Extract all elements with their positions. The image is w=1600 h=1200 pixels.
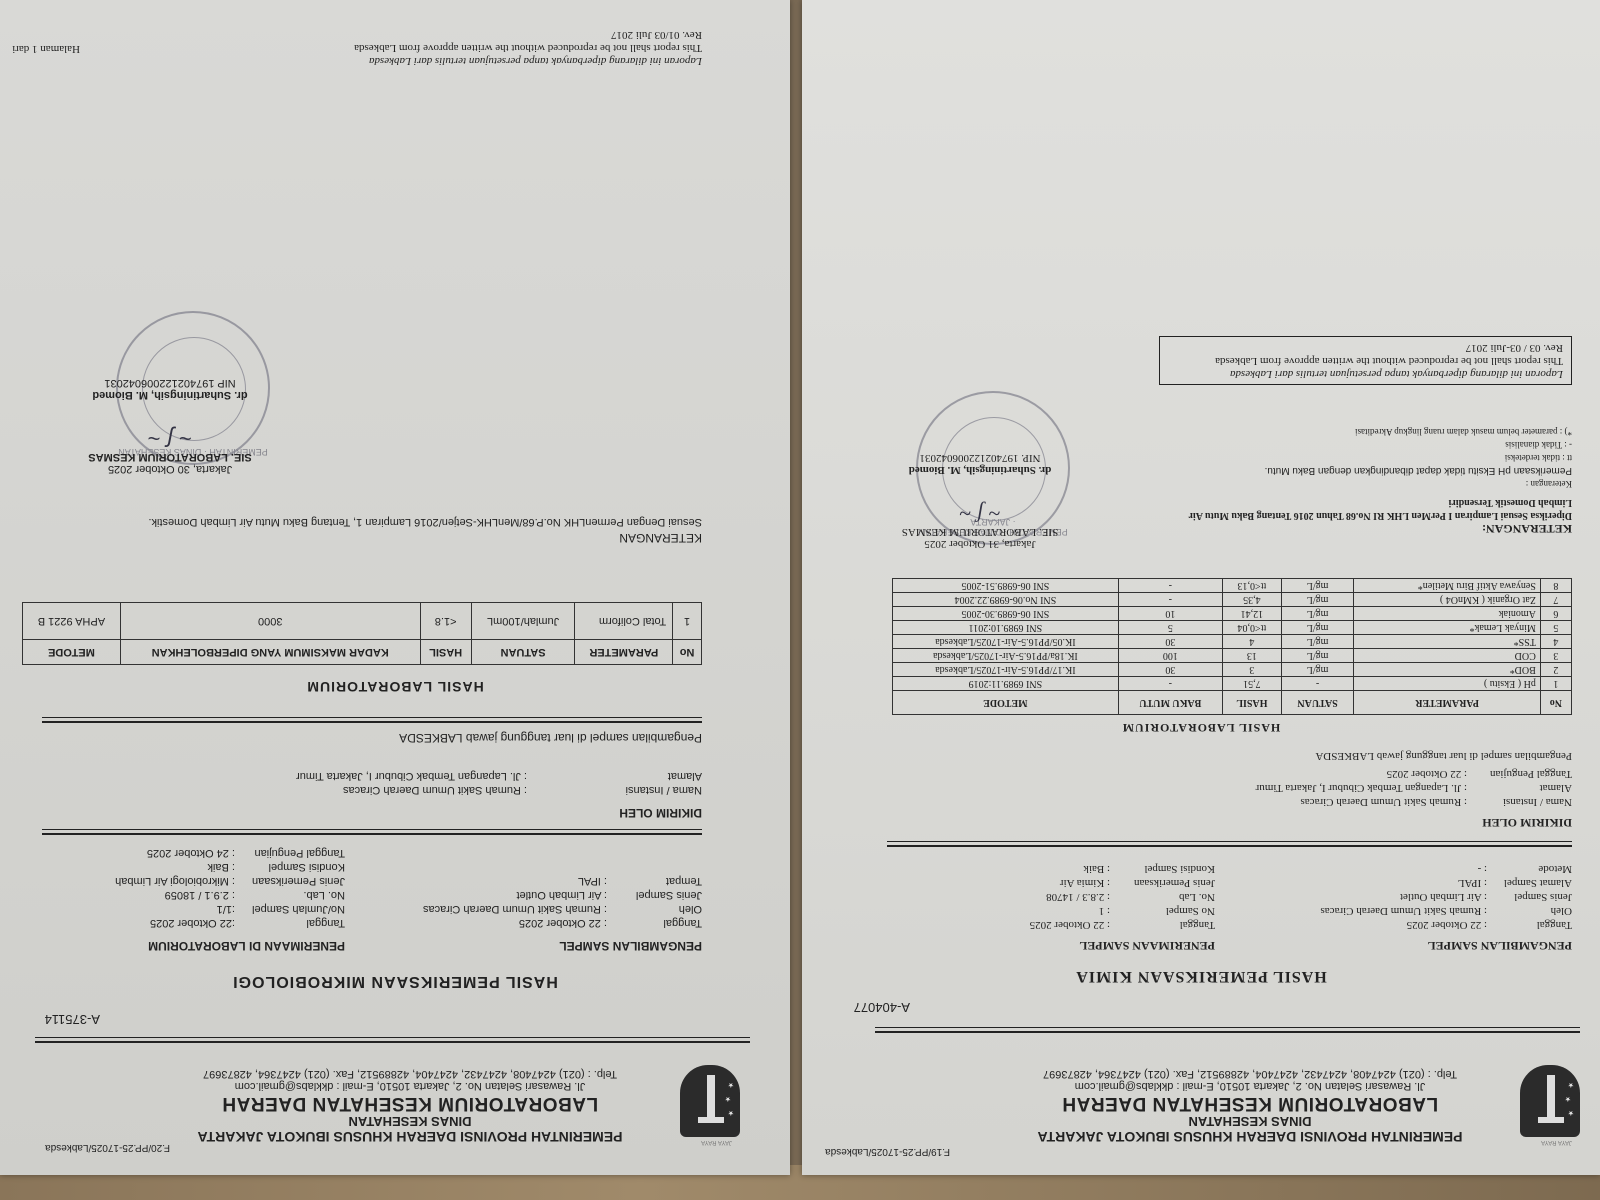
sampling-disclaimer: Pengambilan sampel di luar tanggung jawa… [399, 731, 702, 745]
notes-regulation: Diperiksa Sesuai Lampiran I PerMen LHK R… [1189, 509, 1572, 522]
sampling-details: Tanggal: 22 Oktober 2025Oleh: Rumah Saki… [1321, 862, 1573, 932]
table-cell: IK.18a/PP16.5-Air-17025/Labkesda [893, 649, 1119, 663]
table-cell: IK.05/PP16.5-Air-17025/Labkesda [893, 635, 1119, 649]
signatory-name: dr. Suhartiningsih, M. Biomed [860, 464, 1100, 476]
table-cell: 10 [1118, 607, 1222, 621]
detail-label: Jenis Pemeriksaan [1110, 876, 1215, 890]
detail-row: Alamat Sampel: IPAL [1321, 876, 1573, 890]
footer-revision: Rev. 01/03 Juli 2017 [354, 28, 702, 41]
table-cell: 30 [1118, 663, 1222, 677]
detail-row: Alamat: Jl. Lapangan Tembak Cibubur I, J… [296, 769, 702, 783]
detail-value: : 22 Oktober 2025 [519, 917, 607, 929]
detail-value: : 22 Oktober 2025 [1387, 768, 1467, 780]
table-row: 2BOD*mg/L330IK.17/PP16.5-Air-17025/Labke… [893, 663, 1572, 677]
detail-row: Kondisi Sampel: Baik [115, 860, 345, 874]
letterhead-department: DINAS KESEHATAN [150, 1114, 670, 1129]
table-row: 5Minyak Lemak*mg/Ltt<0,045SNI 6989.10:20… [893, 621, 1572, 635]
detail-value: : 1 [1099, 905, 1110, 917]
table-cell: mg/L [1281, 621, 1354, 635]
detail-label: Tanggal [235, 916, 345, 930]
report-title: HASIL PEMERIKSAAN MIKROBIOLOGI [0, 972, 790, 990]
table-cell: 5 [1540, 621, 1571, 635]
table-cell: 3000 [120, 603, 420, 640]
table-cell: 3 [1222, 663, 1281, 677]
table-cell: 4 [1222, 635, 1281, 649]
table-cell: mg/L [1281, 593, 1354, 607]
detail-row: Tanggal Pengujian: 22 Oktober 2025 [1256, 767, 1572, 781]
detail-value: : Air Limbah Outlet [517, 889, 608, 901]
column-header: METODE [23, 640, 121, 665]
notes-block: KETERANGAN: Diperiksa Sesuai Lampiran I … [1189, 425, 1572, 535]
table-row: 4TSS*mg/L430IK.05/PP16.5-Air-17025/Labke… [893, 635, 1572, 649]
detail-value: : IPAL [1458, 877, 1487, 889]
table-cell: mg/L [1281, 635, 1354, 649]
detail-label: Jenis Sampel [607, 888, 702, 902]
detail-label: Metode [1487, 862, 1572, 876]
results-table: NoPARAMETERSATUANHASILBAKU MUTUMETODE1pH… [892, 578, 1572, 715]
table-row: 3CODmg/L13100IK.18a/PP16.5-Air-17025/Lab… [893, 649, 1572, 663]
letterhead-government: PEMERINTAH PROVINSI DAERAH KHUSUS IBUKOT… [150, 1129, 670, 1145]
notes-text: Sesuai Dengan PermenLHK No.P.68/MenLHK-S… [148, 515, 702, 528]
table-cell: SNI 06-6989.30-2005 [893, 607, 1119, 621]
table-cell: 7,51 [1222, 677, 1281, 691]
letterhead: PEMERINTAH PROVINSI DAERAH KHUSUS IBUKOT… [990, 1068, 1510, 1145]
note-tt: tt : tidak terdeteksi [1189, 451, 1572, 464]
column-header: SATUAN [471, 640, 575, 665]
detail-value: : 22 Oktober 2025 [1030, 919, 1110, 931]
detail-value: : 24 Oktober 2025 [147, 847, 235, 859]
detail-row: Jenis Sampel: Air Limbah Outlet [1321, 890, 1573, 904]
table-cell: mg/L [1281, 663, 1354, 677]
column-header: PARAMETER [575, 640, 673, 665]
table-cell: Amoniak [1354, 607, 1541, 621]
footer-disclaimer: Laporan ini dilarang diperbanyak tanpa p… [1159, 336, 1572, 385]
jakarta-coat-of-arms-icon: ★★★ [680, 1065, 740, 1137]
signature-block: Jakarta, 30 Oktober 2025 SIE. LABORATORI… [50, 377, 290, 475]
detail-label: Oleh [607, 902, 702, 916]
document-number: A-404077 [854, 1000, 910, 1015]
detail-value: : Air Limbah Outlet [1400, 891, 1487, 903]
detail-label: No Sampel [1110, 904, 1215, 918]
detail-row: Tanggal:22 Oktober 2025 [115, 916, 345, 930]
detail-label: Tanggal Pengujian [1467, 767, 1572, 781]
detail-label: No. Lab [1110, 890, 1215, 904]
jakarta-coat-of-arms-icon: ★★★ [1520, 1065, 1580, 1137]
table-cell: IK.17/PP16.5-Air-17025/Labkesda [893, 663, 1119, 677]
note-accreditation: *) : parameter belum masuk dalam ruang l… [1189, 425, 1572, 438]
table-cell: mg/L [1281, 607, 1354, 621]
letterhead-address: Jl. Rawasari Selatan No. 2, Jakarta 1051… [150, 1080, 670, 1092]
letterhead: PEMERINTAH PROVINSI DAERAH KHUSUS IBUKOT… [150, 1068, 670, 1145]
table-cell: COD [1354, 649, 1541, 663]
table-cell: Zat Organik ( KMnO4 ) [1354, 593, 1541, 607]
detail-row: Oleh: Rumah Sakit Umum Daerah Ciracas [423, 902, 702, 916]
table-cell: 1 [1540, 677, 1571, 691]
table-cell: 13 [1222, 649, 1281, 663]
table-cell: Jumlah/100mL [471, 603, 575, 640]
table-cell: pH ( Eksitu ) [1354, 677, 1541, 691]
results-table: NoPARAMETERSATUANHASILKADAR MAKSIMUM YAN… [22, 602, 702, 665]
microbiology-report-page: F.20/PP.25-17025/Labkesda ★★★ JAYA RAYA … [0, 0, 790, 1175]
notes-regulation-cont: Limbah Domestik Tersendiri [1189, 496, 1572, 509]
table-cell: SNI 06-6989.51-2005 [893, 579, 1119, 593]
detail-label: Kondisi Sampel [1110, 862, 1215, 876]
column-header: HASIL [1222, 691, 1281, 715]
detail-label: No/Jumlah Sampel [235, 902, 345, 916]
detail-row: Alamat: Jl. Lapangan Tembak Cibubur I, J… [1256, 781, 1572, 795]
table-row: 6Amoniakmg/L12,4110SNI 06-6989.30-2005 [893, 607, 1572, 621]
results-title: HASIL LABORATORIUM [0, 679, 790, 695]
detail-label: Tanggal [1487, 918, 1572, 932]
note-ph: Pemeriksaan pH Eksitu tidak dapat diband… [1189, 464, 1572, 477]
report-title: HASIL PEMERIKSAAN KIMIA [802, 967, 1600, 985]
detail-label: Nama / Instansi [1467, 795, 1572, 809]
column-header: KADAR MAKSIMUM YANG DIPERBOLEHKAN [120, 640, 420, 665]
detail-row: Oleh: Rumah Sakit Umum Daerah Ciracas [1321, 904, 1573, 918]
signature-block: Jakarta, 31 Oktober 2025 SIE. LABORATORI… [860, 452, 1100, 550]
detail-label: No. Lab. [235, 888, 345, 902]
detail-value: : Rumah Sakit Umum Daerah Ciracas [343, 784, 527, 796]
detail-value: : Mikrobiologi Air Limbah [115, 875, 235, 887]
signatory-name: dr. Suhartiningsih, M. Biomed [50, 389, 290, 401]
notes-subheading: Keterangan : [1189, 477, 1572, 490]
sender-details: Nama / Instansi: Rumah Sakit Umum Daerah… [1256, 767, 1572, 809]
footer-disclaimer: Laporan ini dilarang diperbanyak tanpa p… [354, 28, 702, 67]
detail-label: Tempat [607, 874, 702, 888]
table-cell: 4 [1540, 635, 1571, 649]
detail-label: Tanggal [607, 916, 702, 930]
table-row: 7Zat Organik ( KMnO4 )mg/L4,35-SNI No.06… [893, 593, 1572, 607]
table-cell: - [1118, 677, 1222, 691]
detail-label: Tanggal Pengujian [235, 846, 345, 860]
detail-value: : Rumah Sakit Umum Daerah Ciracas [423, 903, 607, 915]
detail-row: Tanggal: 22 Oktober 2025 [1030, 918, 1215, 932]
detail-value: : Kimia Air [1060, 877, 1110, 889]
table-cell: <1.8 [420, 603, 471, 640]
detail-row: Nama / Instansi: Rumah Sakit Umum Daerah… [296, 783, 702, 797]
letterhead-department: DINAS KESEHATAN [990, 1114, 1510, 1129]
footer-line-en: This report shall not be reproduced with… [354, 41, 702, 54]
signatory-nip: NIP 197402122006042031 [50, 377, 290, 389]
detail-value: : Jl. Lapangan Tembak Cibubur I, Jakarta… [1256, 782, 1467, 794]
detail-value: : IPAL [578, 875, 607, 887]
detail-row: Nama / Instansi: Rumah Sakit Umum Daerah… [1256, 795, 1572, 809]
section-divider [887, 841, 1572, 847]
receipt-details: Tanggal:22 Oktober 2025No/Jumlah Sampel:… [115, 846, 345, 930]
results-title: HASIL LABORATORIUM [802, 720, 1600, 735]
detail-row: No Sampel: 1 [1030, 904, 1215, 918]
letterhead-address: Jl. Rawasari Selatan No. 2, Jakarta 1051… [990, 1080, 1510, 1092]
detail-label: Alamat [1467, 781, 1572, 795]
section-divider [42, 717, 702, 723]
detail-value: : 2.9.1 / 18059 [165, 889, 235, 901]
header-divider [875, 1027, 1580, 1033]
column-header: No [673, 640, 702, 665]
detail-label: Nama / Instansi [527, 783, 702, 797]
detail-row: Jenis Pemeriksaan: Kimia Air [1030, 876, 1215, 890]
table-cell: 7 [1540, 593, 1571, 607]
table-cell: tt<0,04 [1222, 621, 1281, 635]
detail-value: : 2.8.3 / 14708 [1046, 891, 1110, 903]
header-divider [35, 1037, 750, 1043]
signature-date: Jakarta, 30 Oktober 2025 [50, 463, 290, 475]
detail-row: No. Lab.: 2.9.1 / 18059 [115, 888, 345, 902]
sampling-heading: PENGAMBILAN SAMPEL [559, 939, 702, 953]
table-cell: APHA 9221 B [23, 603, 121, 640]
table-cell: 6 [1540, 607, 1571, 621]
receipt-heading: PENERIMAAN SAMPEL [1079, 938, 1215, 953]
column-header: No [1540, 691, 1571, 715]
detail-row: Jenis Sampel: Air Limbah Outlet [423, 888, 702, 902]
table-cell: 100 [1118, 649, 1222, 663]
footer-line-id: Laporan ini dilarang diperbanyak tanpa p… [354, 54, 702, 67]
detail-label: Alamat Sampel [1487, 876, 1572, 890]
page-number: Halaman 1 dari [12, 42, 80, 55]
sender-details: Nama / Instansi: Rumah Sakit Umum Daerah… [296, 769, 702, 797]
column-header: HASIL [420, 640, 471, 665]
signature-date: Jakarta, 31 Oktober 2025 [860, 538, 1100, 550]
table-cell: TSS* [1354, 635, 1541, 649]
table-cell: mg/L [1281, 649, 1354, 663]
letterhead-phone: Telp. : (021) 4247408, 4247432, 4247404,… [150, 1068, 670, 1080]
section-divider [42, 829, 702, 835]
table-cell: Total Coliform [575, 603, 673, 640]
signature-position: SIE. LABORATORIUM KESMAS [50, 451, 290, 463]
table-row: 1pH ( Eksitu )-7,51-SNI 6989.11:2019 [893, 677, 1572, 691]
table-cell: - [1118, 593, 1222, 607]
form-code: F.19/PP.25-17025/Labkesda [825, 1146, 950, 1157]
detail-row: Metode: - [1321, 862, 1573, 876]
footer-line-id: Laporan ini dilarang diperbanyak tanpa p… [1168, 367, 1563, 380]
table-cell: Minyak Lemak* [1354, 621, 1541, 635]
detail-row: No/Jumlah Sampel:1/1 [115, 902, 345, 916]
column-header: PARAMETER [1354, 691, 1541, 715]
chemistry-report-page: F.19/PP.25-17025/Labkesda ★★★ JAYA RAYA … [802, 0, 1600, 1175]
detail-label: Kondisi Sampel [235, 860, 345, 874]
sender-heading: DIKIRIM OLEH [1482, 815, 1572, 830]
letterhead-lab-name: LABORATORIUM KESEHATAN DAERAH [990, 1092, 1510, 1114]
footer-line-en: This report shall not be reproduced with… [1168, 354, 1563, 367]
detail-value: : Rumah Sakit Umum Daerah Ciracas [1301, 796, 1468, 808]
detail-value: : Baik [1083, 863, 1110, 875]
signatory-nip: NIP. 197402122006042031 [860, 452, 1100, 464]
detail-row: Kondisi Sampel: Baik [1030, 862, 1215, 876]
logo-caption: JAYA RAYA [1541, 1139, 1572, 1145]
table-cell: 3 [1540, 649, 1571, 663]
handwritten-signature: ~ ʃ ~ [50, 401, 290, 451]
receipt-heading: PENERIMAAN DI LABORATORIUM [148, 939, 345, 953]
detail-label: Jenis Sampel [1487, 890, 1572, 904]
table-row: 1Total ColiformJumlah/100mL<1.83000APHA … [23, 603, 702, 640]
detail-label: Oleh [1487, 904, 1572, 918]
table-cell: SNI 6989.10:2011 [893, 621, 1119, 635]
sampling-details: Tanggal: 22 Oktober 2025Oleh: Rumah Saki… [423, 874, 702, 930]
sender-heading: DIKIRIM OLEH [619, 806, 702, 820]
table-cell: 1 [673, 603, 702, 640]
letterhead-government: PEMERINTAH PROVINSI DAERAH KHUSUS IBUKOT… [990, 1129, 1510, 1145]
table-cell: 8 [1540, 579, 1571, 593]
table-cell: SNI 6989.11:2019 [893, 677, 1119, 691]
sampling-disclaimer: Pengambilan sampel di luar tanggung jawa… [1315, 749, 1572, 763]
table-cell: 2 [1540, 663, 1571, 677]
letterhead-lab-name: LABORATORIUM KESEHATAN DAERAH [150, 1092, 670, 1114]
note-dash: - : Tidak dianalisis [1189, 438, 1572, 451]
table-cell: 12,41 [1222, 607, 1281, 621]
detail-value: : Jl. Lapangan Tembak Cibubur I, Jakarta… [296, 770, 527, 782]
table-cell: mg/L [1281, 579, 1354, 593]
table-cell: SNI No.06-6989.22.2004 [893, 593, 1119, 607]
footer-revision: Rev. 03 / 03-Juli 2017 [1168, 341, 1563, 354]
detail-value: :1/1 [217, 903, 235, 915]
detail-row: Tempat: IPAL [423, 874, 702, 888]
detail-value: : Rumah Sakit Umum Daerah Ciracas [1321, 905, 1488, 917]
column-header: METODE [893, 691, 1119, 715]
table-cell: - [1118, 579, 1222, 593]
letterhead-phone: Telp. : (021) 4247408, 4247432, 4247404,… [990, 1068, 1510, 1080]
detail-value: : 22 Oktober 2025 [1407, 919, 1487, 931]
table-cell: tt<0,13 [1222, 579, 1281, 593]
notes-heading: KETERANGAN: [1189, 522, 1572, 535]
table-cell: 4,35 [1222, 593, 1281, 607]
handwritten-signature: ~ ʃ ~ [860, 476, 1100, 526]
detail-label: Jenis Pemeriksaan [235, 874, 345, 888]
detail-row: No. Lab: 2.8.3 / 14708 [1030, 890, 1215, 904]
logo-caption: JAYA RAYA [701, 1139, 732, 1145]
detail-row: Jenis Pemeriksaan: Mikrobiologi Air Limb… [115, 874, 345, 888]
document-number: A-375114 [45, 1012, 100, 1027]
detail-row: Tanggal: 22 Oktober 2025 [423, 916, 702, 930]
detail-label: Tanggal [1110, 918, 1215, 932]
detail-value: :22 Oktober 2025 [150, 917, 235, 929]
table-cell: BOD* [1354, 663, 1541, 677]
detail-label: Alamat [527, 769, 702, 783]
column-header: BAKU MUTU [1118, 691, 1222, 715]
table-cell: 30 [1118, 635, 1222, 649]
detail-value: : Baik [207, 861, 235, 873]
receipt-details: Tanggal: 22 Oktober 2025No Sampel: 1No. … [1030, 862, 1215, 932]
table-cell: 5 [1118, 621, 1222, 635]
table-cell: Senyawa Aktif Biru Metilen* [1354, 579, 1541, 593]
signature-position: SIE. LABORATORIUM KESMAS [860, 526, 1100, 538]
column-header: SATUAN [1281, 691, 1354, 715]
detail-value: : - [1478, 863, 1487, 875]
detail-row: Tanggal Pengujian: 24 Oktober 2025 [115, 846, 345, 860]
sampling-heading: PENGAMBILAN SAMPEL [1428, 938, 1572, 953]
notes-heading: KETERANGAN [619, 531, 702, 545]
table-row: 8Senyawa Aktif Biru Metilen*mg/Ltt<0,13-… [893, 579, 1572, 593]
table-cell: - [1281, 677, 1354, 691]
detail-row: Tanggal: 22 Oktober 2025 [1321, 918, 1573, 932]
